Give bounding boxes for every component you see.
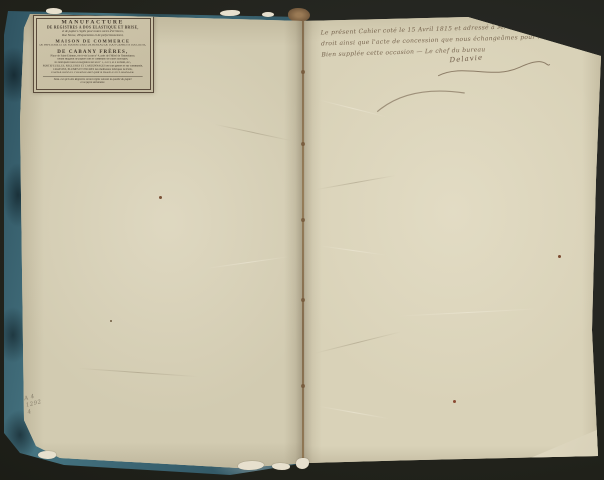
spine-headcap: [288, 8, 310, 22]
torn-paper-patch: [46, 8, 62, 14]
page-spread: MANUFACTURE DE REGISTRES A DOS ÉLASTIQUE…: [18, 12, 604, 472]
label-line: DE PAPETERIE ET DE FOURNITURES DE BUREAU…: [35, 44, 150, 47]
label-divider: [43, 76, 142, 77]
label-line: Rue Neuve, d'Exportation et de perfectio…: [35, 34, 150, 38]
pen-stroke-flourish: [374, 85, 471, 116]
foxing-speck: [159, 196, 162, 199]
torn-paper-patch: [272, 463, 290, 470]
foxing-speck: [558, 255, 561, 258]
stitch-knot: [301, 218, 305, 222]
printer-label-text: MANUFACTURE DE REGISTRES A DOS ÉLASTIQUE…: [34, 16, 152, 85]
label-line: MANUFACTURE: [35, 19, 150, 26]
torn-paper-patch: [262, 12, 274, 17]
stitch-knot: [301, 298, 305, 302]
foxing-speck: [110, 320, 112, 322]
label-line: EXPÉDITIONS ET FOURNITURES pour la FRANC…: [35, 71, 150, 74]
label-line: et la façon demandée.: [35, 82, 150, 85]
foxing-speck: [453, 400, 456, 403]
stitch-knot: [301, 70, 305, 74]
torn-paper-patch: [296, 458, 309, 469]
torn-paper-patch: [38, 451, 56, 459]
stitch-knot: [301, 384, 305, 388]
scanned-register-spread: MANUFACTURE DE REGISTRES A DOS ÉLASTIQUE…: [0, 0, 604, 480]
torn-paper-patch: [220, 10, 240, 16]
printer-label: MANUFACTURE DE REGISTRES A DOS ÉLASTIQUE…: [33, 15, 154, 93]
signature-flourish: [434, 58, 555, 84]
stitch-knot: [301, 142, 305, 146]
binding-thread: [302, 20, 304, 464]
